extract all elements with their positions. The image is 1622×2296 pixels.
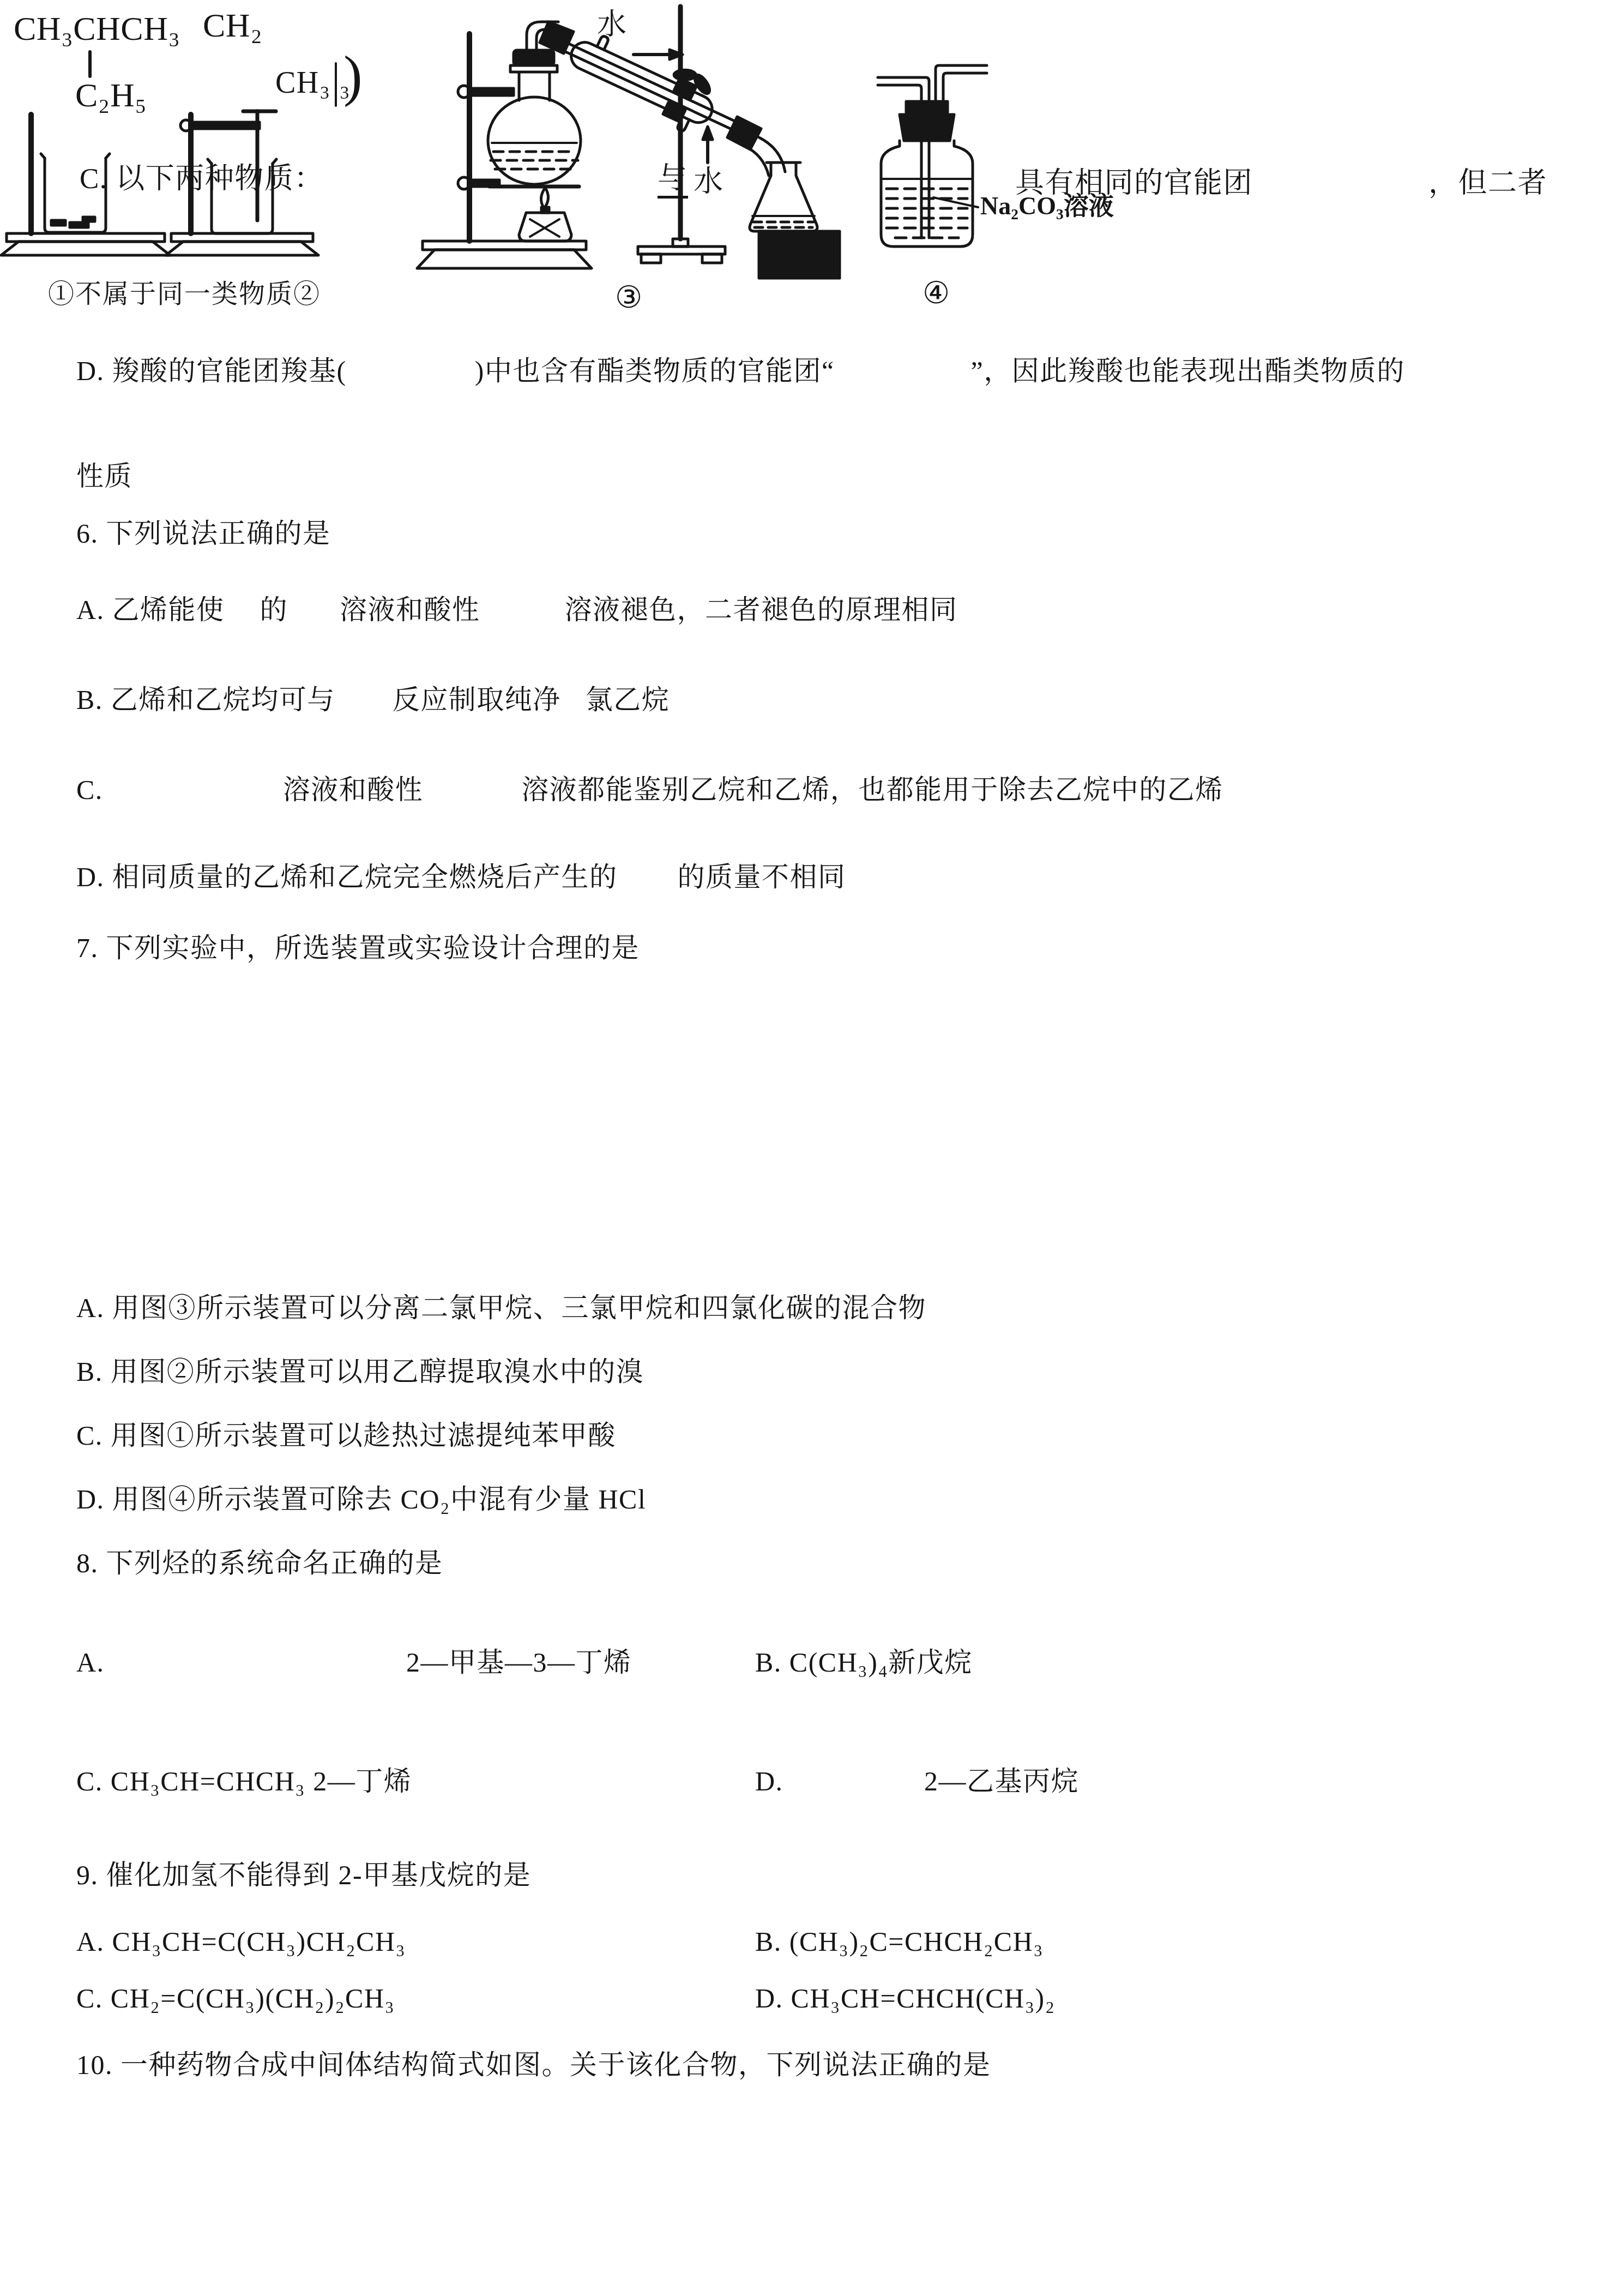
q5-option-d-part1: D. 羧酸的官能团羧基( <box>76 356 347 386</box>
q9-option-a: A. CH₃CH=C(CH₃)CH₂CH₃ <box>76 1926 406 1958</box>
solid-residue <box>70 223 88 227</box>
q6-option-c: C.溶液和酸性溶液都能鉴别乙烷和乙烯，也都能用于除去乙烷中的乙烯 <box>76 774 1223 806</box>
solid-residue <box>83 217 95 221</box>
question-9-stem: 9. 催化加氢不能得到 2-甲基戊烷的是 <box>76 1860 531 1891</box>
q7-option-d: D. 用图④所示装置可除去 CO₂中混有少量 HCl <box>76 1484 646 1516</box>
apparatus-3-distillation <box>417 7 840 278</box>
q9-option-c: C. CH₂=C(CH₃)(CH₂)₂CH₃ <box>76 1983 395 2015</box>
q5-option-d-part2: )中也含有酯类物质的官能团“ <box>475 356 835 386</box>
bottle-body <box>881 141 973 247</box>
q9-option-d: D. CH₃CH=CHCH(CH₃)₂ <box>755 1983 1056 2015</box>
overlay-yu-character: 与 <box>658 161 688 195</box>
q8-option-b: B. C(CH₃)₄新戊烷 <box>755 1647 973 1679</box>
formula-top-left: CH₃CHCH₃ <box>14 10 180 49</box>
na2co3-solution-label: Na₂CO₃溶液 <box>980 192 1114 221</box>
q7-option-a: A. 用图③所示装置可以分离二氯甲烷、三氯甲烷和四氯化碳的混合物 <box>76 1293 926 1324</box>
wing-nut <box>674 70 696 80</box>
solid-residue <box>51 220 65 225</box>
neck-collar <box>510 65 557 72</box>
q5-option-d: D. 羧酸的官能团羧基()中也含有酯类物质的官能团“”，因此羧酸也能表现出酯类物… <box>76 356 1405 387</box>
question-8-stem: 8. 下列烃的系统命名正确的是 <box>76 1548 443 1579</box>
stand-base <box>166 242 318 255</box>
outlet-connector <box>727 117 761 149</box>
formula-bottom: C₂H₅ <box>75 76 147 115</box>
stand-foot <box>702 254 722 263</box>
question-6-stem: 6. 下列说法正确的是 <box>76 518 331 550</box>
figure-label-3: ③ <box>615 280 643 315</box>
question-7-stem: 7. 下列实验中，所选装置或实验设计合理的是 <box>76 933 640 964</box>
figure-label-4: ④ <box>922 276 951 311</box>
distilling-flask <box>488 97 581 184</box>
overlay-two-substances: C. 以下两种物质： <box>80 163 324 196</box>
q5-option-d-part3: ”，因此羧酸也能表现出酯类物质的 <box>971 356 1405 386</box>
q6-option-d: D. 相同质量的乙烯和乙烷完全燃烧后产生的的质量不相同 <box>76 862 846 893</box>
stand-base <box>1 242 170 255</box>
q9-option-b: B. (CH₃)₂C=CHCH₂CH₃ <box>755 1926 1044 1958</box>
bottle-collar <box>906 101 948 112</box>
apparatus-4-gas-washing-bottle <box>878 65 987 247</box>
stand-foot <box>641 254 661 263</box>
q5-option-d-cont: 性质 <box>76 461 132 492</box>
condenser-jacket <box>566 38 716 127</box>
q7-option-b: B. 用图②所示装置可以用乙醇提取溴水中的溴 <box>76 1356 644 1388</box>
formula-fragment: CH₃ ₃ <box>275 65 351 100</box>
q6-option-b: B. 乙烯和乙烷均可与反应制取纯净氯乙烷 <box>76 684 670 716</box>
water-in-label: 水 <box>597 8 628 41</box>
beaker-lip <box>41 154 110 158</box>
stopper <box>900 115 954 141</box>
apparatus-figures <box>0 0 1622 393</box>
inner-tube <box>558 39 752 129</box>
inner-tube <box>555 47 749 137</box>
exam-page: CH₃CHCH₃ CH₂ C₂H₅ CH₃ ₃ ) C. 以下两种物质： 具有相… <box>0 0 1622 2296</box>
arrow-up-head <box>703 127 713 140</box>
figure-caption-1-2: ①不属于同一类物质② <box>48 279 321 309</box>
lamp-marks <box>530 219 559 237</box>
stand-base <box>417 250 592 268</box>
q7-option-c: C. 用图①所示装置可以趁热过滤提纯苯甲酸 <box>76 1420 616 1452</box>
water-out-label: 水 <box>694 165 724 199</box>
support-block <box>759 231 840 278</box>
overlay-but-two: ，但二者 <box>1428 167 1547 200</box>
clamp-arm <box>193 122 260 129</box>
q6-option-a: A. 乙烯能使的溶液和酸性溶液褪色，二者褪色的原理相同 <box>76 594 958 626</box>
question-10-stem: 10. 一种药物合成中间体结构简式如图。关于该化合物，下列说法正确的是 <box>76 2049 991 2081</box>
stopper <box>514 50 554 65</box>
q8-option-a-name: 2—甲基—3—丁烯 <box>406 1647 632 1679</box>
q8-option-c: C. CH₃CH=CHCH₃ 2—丁烯 <box>76 1766 412 1798</box>
formula-fragment-bracket: ) <box>343 44 363 109</box>
flame <box>541 188 548 208</box>
q8-option-d-name: 2—乙基丙烷 <box>924 1766 1079 1798</box>
q8-option-d-label: D. <box>755 1766 783 1798</box>
clamp-arm-upper <box>470 88 514 95</box>
formula-top-right: CH₂ <box>203 7 262 45</box>
q8-option-a-label: A. <box>76 1647 105 1679</box>
